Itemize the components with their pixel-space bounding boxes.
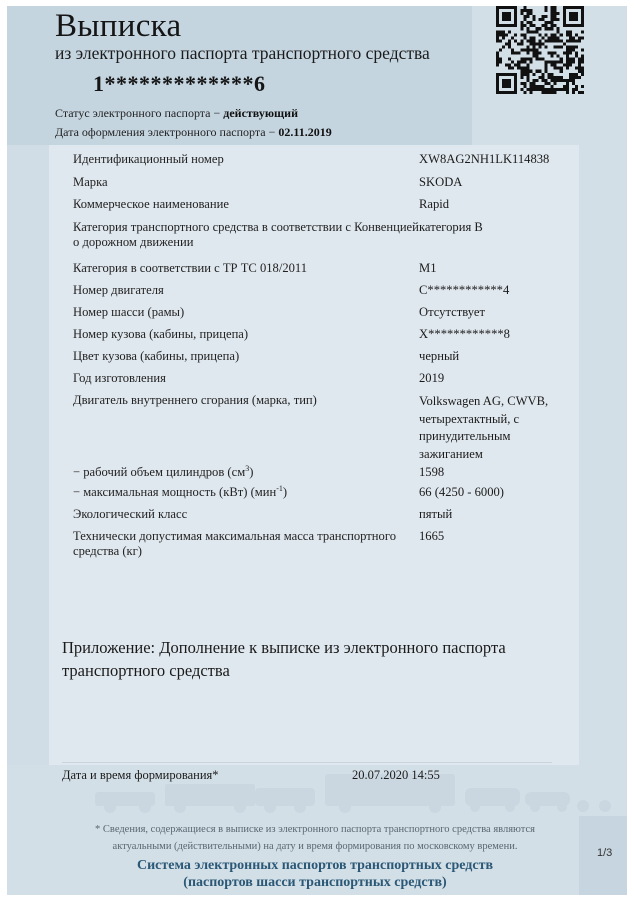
row-value: 1665 xyxy=(419,529,569,559)
footnote: * Сведения, содержащиеся в выписке из эл… xyxy=(55,821,575,855)
table-row: Технически допустимая максимальная масса… xyxy=(73,529,569,559)
row-label: Номер двигателя xyxy=(73,283,419,298)
table-row: Коммерческое наименованиеRapid xyxy=(73,197,569,212)
table-row: МаркаSKODA xyxy=(73,175,569,190)
footnote-line: актуальными (действительными) на дату и … xyxy=(55,838,575,855)
row-value: 2019 xyxy=(419,371,569,386)
passport-issue-date: Дата оформления электронного паспорта − … xyxy=(55,125,332,140)
table-row: Номер двигателяC************4 xyxy=(73,283,569,298)
row-value: пятый xyxy=(419,507,569,522)
row-label: Экологический класс xyxy=(73,507,419,522)
row-label: Категория в соответствии с ТР ТС 018/201… xyxy=(73,261,419,276)
system-name-line: Система электронных паспортов транспортн… xyxy=(55,857,575,874)
divider xyxy=(62,762,552,763)
issue-date-value: 02.11.2019 xyxy=(278,125,331,139)
table-row: Цвет кузова (кабины, прицепа)черный xyxy=(73,349,569,364)
row-value: 66 (4250 - 6000) xyxy=(419,485,569,500)
row-value: M1 xyxy=(419,261,569,276)
row-value: C************4 xyxy=(419,283,569,298)
generation-datetime-value: 20.07.2020 14:55 xyxy=(352,768,440,783)
row-label: − рабочий объем цилиндров (см3) xyxy=(73,465,419,480)
row-label: Номер шасси (рамы) xyxy=(73,305,419,320)
system-name-line: (паспортов шасси транспортных средств) xyxy=(55,874,575,891)
row-value: XW8AG2NH1LK114838 xyxy=(419,152,569,167)
issue-date-label: Дата оформления электронного паспорта − xyxy=(55,125,278,139)
table-row: Идентификационный номерXW8AG2NH1LK114838 xyxy=(73,152,569,167)
row-value: Volkswagen AG, CWVB, четырехтактный, с п… xyxy=(419,393,569,463)
row-label: Коммерческое наименование xyxy=(73,197,419,212)
page-number: 1/3 xyxy=(597,847,612,859)
row-value: X************8 xyxy=(419,327,569,342)
row-label: Номер кузова (кабины, прицепа) xyxy=(73,327,419,342)
row-value: 1598 xyxy=(419,465,569,480)
row-value: SKODA xyxy=(419,175,569,190)
row-label: Двигатель внутреннего сгорания (марка, т… xyxy=(73,393,419,463)
table-row: Номер кузова (кабины, прицепа)X*********… xyxy=(73,327,569,342)
row-value: черный xyxy=(419,349,569,364)
row-label: Технически допустимая максимальная масса… xyxy=(73,529,419,559)
table-row: − рабочий объем цилиндров (см3)1598 xyxy=(73,465,569,480)
status-label: Статус электронного паспорта − xyxy=(55,106,223,120)
document-subtitle: из электронного паспорта транспортного с… xyxy=(55,43,430,64)
row-label: Год изготовления xyxy=(73,371,419,386)
row-label: Марка xyxy=(73,175,419,190)
generation-datetime-label: Дата и время формирования* xyxy=(62,768,219,783)
system-name: Система электронных паспортов транспортн… xyxy=(55,857,575,891)
row-label: Категория транспортного средства в соотв… xyxy=(73,220,419,250)
row-label: − максимальная мощность (кВт) (мин-1) xyxy=(73,485,419,500)
left-margin-band xyxy=(7,145,49,765)
row-label: Цвет кузова (кабины, прицепа) xyxy=(73,349,419,364)
footnote-line: * Сведения, содержащиеся в выписке из эл… xyxy=(55,821,575,838)
status-value: действующий xyxy=(223,106,298,120)
table-row: Категория транспортного средства в соотв… xyxy=(73,220,569,250)
table-row: Номер шасси (рамы)Отсутствует xyxy=(73,305,569,320)
passport-status: Статус электронного паспорта − действующ… xyxy=(55,106,298,121)
table-row: Экологический класспятый xyxy=(73,507,569,522)
row-value: Rapid xyxy=(419,197,569,212)
table-row: Двигатель внутреннего сгорания (марка, т… xyxy=(73,393,569,463)
table-row: − максимальная мощность (кВт) (мин-1)66 … xyxy=(73,485,569,500)
document-title: Выписка xyxy=(55,8,181,45)
row-value: Отсутствует xyxy=(419,305,569,320)
passport-number: 1*************6 xyxy=(93,71,266,97)
table-row: Год изготовления2019 xyxy=(73,371,569,386)
appendix-title: Приложение: Дополнение к выписке из элек… xyxy=(62,636,562,682)
row-label: Идентификационный номер xyxy=(73,152,419,167)
row-value: категория B xyxy=(419,220,569,250)
table-row: Категория в соответствии с ТР ТС 018/201… xyxy=(73,261,569,276)
qr-code-icon xyxy=(496,6,584,94)
